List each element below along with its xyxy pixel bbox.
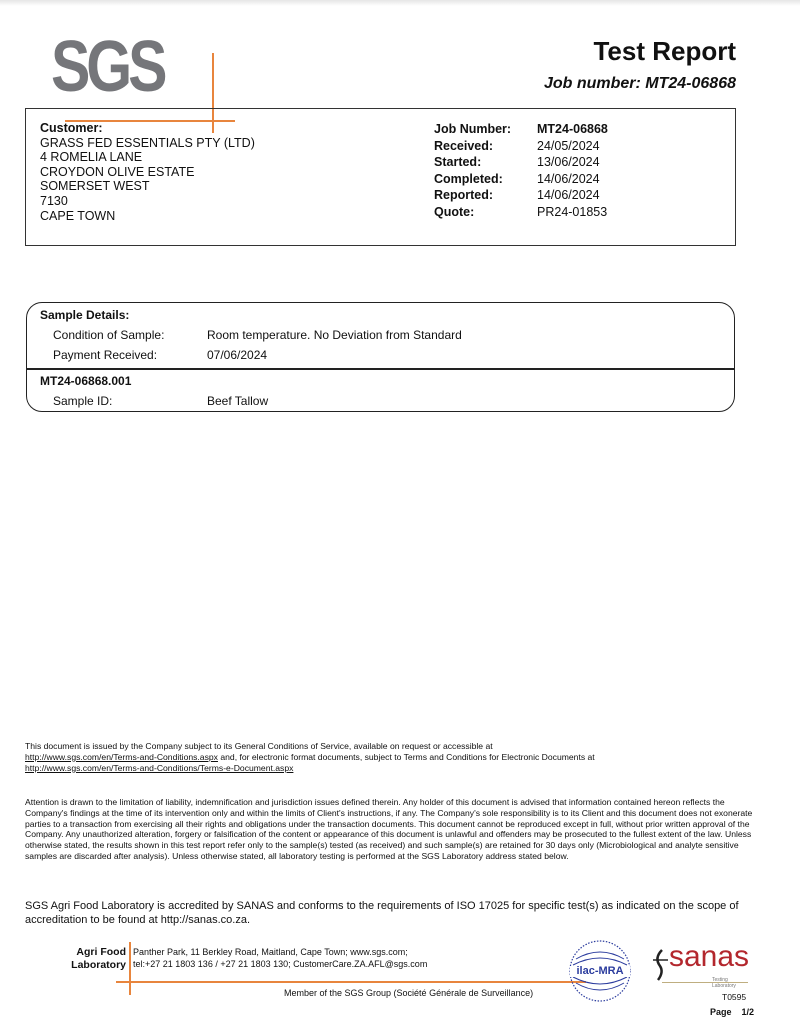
sample-number: MT24-06868.001: [40, 374, 131, 388]
lab-address: Panther Park, 11 Berkley Road, Maitland,…: [133, 946, 427, 970]
received-label: Received:: [434, 138, 537, 155]
customer-address-line: 4 ROMELIA LANE: [40, 150, 255, 165]
job-info-row: Quote: PR24-01853: [434, 204, 608, 221]
report-title: Test Report: [593, 36, 736, 67]
sample-details-box: Sample Details: Condition of Sample: Roo…: [26, 302, 735, 412]
page-label: Page: [710, 1007, 732, 1017]
job-number-label: Job Number:: [434, 121, 537, 138]
condition-value: Room temperature. No Deviation from Stan…: [207, 328, 462, 342]
customer-postal-code: 7130: [40, 194, 255, 209]
condition-row: Condition of Sample: Room temperature. N…: [53, 328, 462, 342]
customer-name: GRASS FED ESSENTIALS PTY (LTD): [40, 136, 255, 151]
address-line-1: Panther Park, 11 Berkley Road, Maitland,…: [133, 946, 427, 958]
sanas-logo: sanas Testing Laboratory: [650, 944, 750, 986]
ilac-text: ilac-MRA: [570, 965, 630, 977]
sanas-text: sanas: [669, 940, 749, 974]
job-number-value: MT24-06868: [537, 121, 608, 138]
lab-name-line-1: Agri Food: [40, 946, 126, 959]
member-statement: Member of the SGS Group (Société Général…: [284, 988, 533, 998]
address-line-2: tel:+27 21 1803 136 / +27 21 1803 130; C…: [133, 958, 427, 970]
lab-name-line-2: Laboratory: [40, 959, 126, 972]
job-info-row: Received: 24/05/2024: [434, 138, 608, 155]
customer-address-line: SOMERSET WEST: [40, 179, 255, 194]
customer-address-line: CROYDON OLIVE ESTATE: [40, 165, 255, 180]
page-number: Page1/2: [710, 1007, 754, 1017]
page-value: 1/2: [742, 1007, 755, 1017]
lab-code: T0595: [722, 992, 746, 1002]
sample-id-row: Sample ID: Beef Tallow: [53, 394, 268, 408]
footer-horizontal-line: [116, 981, 586, 983]
sample-id-value: Beef Tallow: [207, 394, 268, 408]
accreditation-statement: SGS Agri Food Laboratory is accredited b…: [25, 899, 765, 927]
condition-label: Condition of Sample:: [53, 328, 207, 342]
started-value: 13/06/2024: [537, 154, 600, 171]
terms-notice: This document is issued by the Company s…: [25, 741, 765, 773]
sample-details-heading: Sample Details:: [40, 308, 129, 322]
job-number-heading: Job number: MT24-06868: [544, 75, 736, 93]
job-info-block: Job Number: MT24-06868 Received: 24/05/2…: [434, 121, 608, 220]
customer-city: CAPE TOWN: [40, 209, 255, 224]
ilac-mra-logo: ilac-MRA: [568, 939, 632, 1003]
quote-value: PR24-01853: [537, 204, 607, 221]
terms-link[interactable]: http://www.sgs.com/en/Terms-and-Conditio…: [25, 752, 218, 762]
reported-value: 14/06/2024: [537, 187, 600, 204]
job-info-row: Started: 13/06/2024: [434, 154, 608, 171]
quote-label: Quote:: [434, 204, 537, 221]
sample-divider: [27, 368, 734, 370]
customer-block: Customer: GRASS FED ESSENTIALS PTY (LTD)…: [40, 121, 255, 223]
terms-text-2: and, for electronic format documents, su…: [218, 752, 595, 762]
terms-text: This document is issued by the Company s…: [25, 741, 493, 751]
payment-value: 07/06/2024: [207, 348, 267, 362]
sgs-logo-text: SGS: [51, 31, 163, 103]
customer-label: Customer:: [40, 121, 255, 136]
top-shade: [0, 0, 800, 6]
payment-label: Payment Received:: [53, 348, 207, 362]
job-info-row: Reported: 14/06/2024: [434, 187, 608, 204]
lab-name: Agri Food Laboratory: [40, 946, 126, 972]
liability-notice: Attention is drawn to the limitation of …: [25, 797, 765, 862]
job-info-row: Completed: 14/06/2024: [434, 171, 608, 188]
job-info-row: Job Number: MT24-06868: [434, 121, 608, 138]
e-document-terms-link[interactable]: http://www.sgs.com/en/Terms-and-Conditio…: [25, 763, 293, 773]
received-value: 24/05/2024: [537, 138, 600, 155]
customer-job-info-box: Customer: GRASS FED ESSENTIALS PTY (LTD)…: [25, 108, 736, 246]
completed-label: Completed:: [434, 171, 537, 188]
payment-row: Payment Received: 07/06/2024: [53, 348, 267, 362]
sample-id-label: Sample ID:: [53, 394, 207, 408]
completed-value: 14/06/2024: [537, 171, 600, 188]
reported-label: Reported:: [434, 187, 537, 204]
sanas-subtext: Testing Laboratory: [712, 977, 750, 989]
footer-vertical-line: [129, 942, 131, 995]
started-label: Started:: [434, 154, 537, 171]
